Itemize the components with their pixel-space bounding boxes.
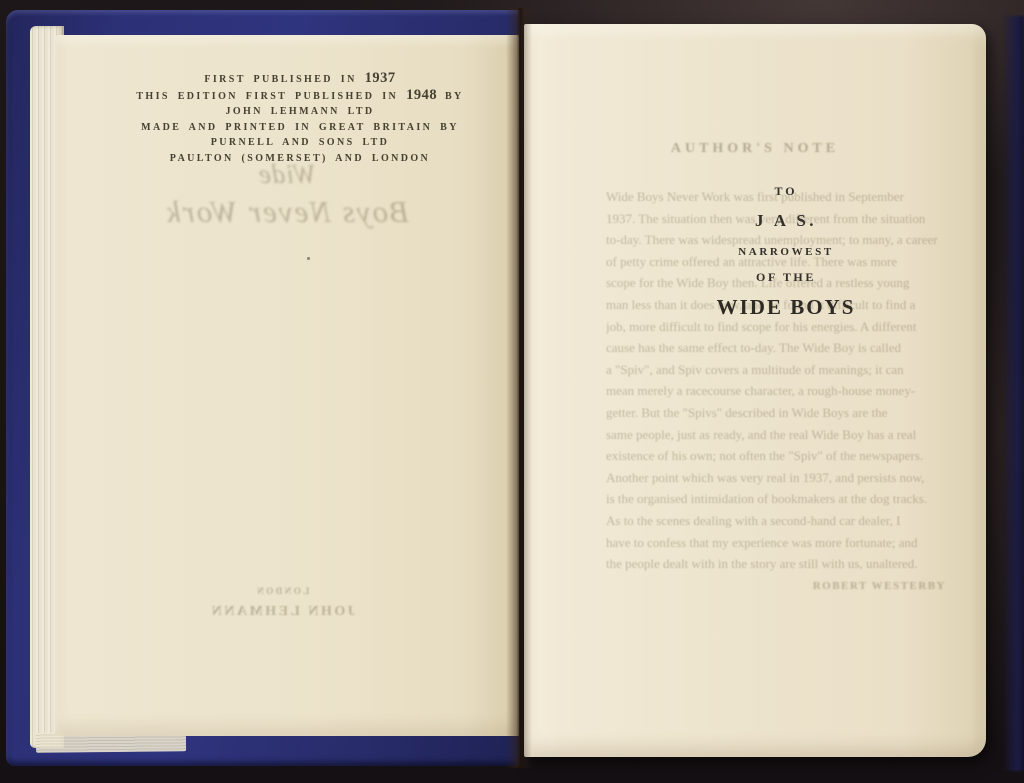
imprint-line-4: MADE AND PRINTED IN GREAT BRITAIN BY (73, 120, 527, 136)
imprint-line-2: THIS EDITION FIRST PUBLISHED IN 1948 BY (73, 88, 527, 105)
imprint-line-2-text: THIS EDITION FIRST PUBLISHED IN (136, 91, 398, 102)
ghost-paragraph-line: Another point which was very real in 193… (606, 467, 978, 489)
imprint-line-3: JOHN LEHMANN LTD (73, 104, 527, 120)
photo-background: FIRST PUBLISHED IN 1937 THIS EDITION FIR… (0, 0, 1024, 783)
ghost-paragraph-line: same people, just as ready, and the real… (606, 424, 978, 446)
imprint-block: FIRST PUBLISHED IN 1937 THIS EDITION FIR… (73, 71, 527, 167)
ghost-showthrough-publisher: LONDON JOHN LEHMANN (55, 586, 509, 620)
dedication-to: TO (586, 184, 986, 199)
ghost-authors-note-heading: AUTHOR'S NOTE (524, 141, 986, 157)
ghost-title-line-1: Wide (55, 159, 519, 190)
dust-speck (307, 257, 310, 260)
dedication-name: J A S. (586, 211, 986, 231)
dedication-line-4: OF THE (586, 270, 986, 285)
ghost-paragraph-line: As to the scenes dealing with a second-h… (606, 510, 978, 532)
imprint-line-5: PURNELL AND SONS LTD (73, 135, 527, 151)
right-page: AUTHOR'S NOTE Wide Boys Never Work was f… (524, 24, 986, 757)
ghost-signature: ROBERT WESTERBY (606, 580, 946, 592)
imprint-line-1: FIRST PUBLISHED IN 1937 (73, 71, 527, 88)
ghost-title-line-2: Boys Never Work (55, 194, 519, 230)
ghost-publisher-name: JOHN LEHMANN (55, 604, 509, 620)
ghost-showthrough-title: Wide Boys Never Work (55, 159, 519, 230)
ghost-publisher-city: LONDON (55, 586, 509, 596)
dedication-line-3: NARROWEST (586, 246, 986, 258)
ghost-paragraph-line: is the organised intimidation of bookmak… (606, 488, 978, 510)
ghost-paragraph-line: cause has the same effect to-day. The Wi… (606, 337, 978, 359)
ghost-paragraph-line: the people dealt with in the story are s… (606, 553, 978, 575)
dedication-block: TO J A S. NARROWEST OF THE WIDE BOYS (586, 184, 986, 320)
book-cover-right-edge (1002, 16, 1024, 771)
ghost-paragraph-line: mean merely a racecourse character, a ro… (606, 380, 978, 402)
dedication-line-5: WIDE BOYS (586, 295, 986, 320)
left-page: FIRST PUBLISHED IN 1937 THIS EDITION FIR… (55, 35, 519, 736)
imprint-line-1-text: FIRST PUBLISHED IN (204, 74, 356, 85)
imprint-year-1937: 1937 (365, 70, 396, 86)
ghost-paragraph-line: getter. But the "Spivs" described in Wid… (606, 402, 978, 424)
ghost-paragraph-line: existence of his own; not often the "Spi… (606, 445, 978, 467)
imprint-year-1948: 1948 (406, 87, 437, 103)
ghost-paragraph-line: a "Spiv", and Spiv covers a multitude of… (606, 359, 978, 381)
imprint-line-2-suffix: BY (445, 91, 464, 102)
ghost-paragraph-line: have to confess that my experience was m… (606, 532, 978, 554)
